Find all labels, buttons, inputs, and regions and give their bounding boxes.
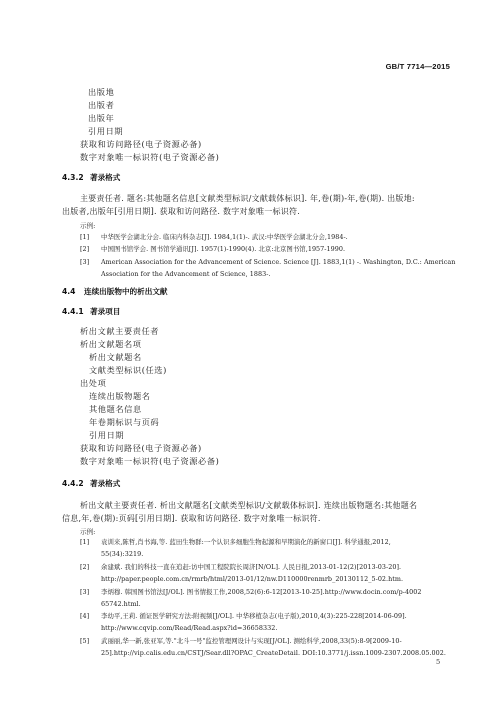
reference-entry: [2]余建斌. 我们的科技一直在追赶:访中国工程院院长周济[N/OL]. 人民日…	[80, 561, 401, 573]
section-number: 4.3.2	[62, 173, 90, 182]
reference-text: 武丽丽,华一新,张亚军,等."北斗一号"监控管理网设计与实现[J/OL]. 测绘…	[101, 637, 402, 645]
list-item: 引用日期	[89, 429, 124, 442]
list-item: 出版者	[88, 99, 114, 112]
list-item: 文献类型标识(任选)	[89, 364, 167, 377]
section-heading-4-4-1: 4.4.1著录项目	[62, 306, 120, 317]
reference-text-continued: 55(34):3219.	[101, 548, 143, 560]
reference-index: [5]	[80, 635, 101, 647]
reference-entry: [2]中国图书馆学会. 图书馆学通讯[J]. 1957(1)-1990(4). …	[80, 243, 345, 255]
section-number: 4.4.2	[62, 479, 90, 488]
list-item: 析出文献主要责任者	[80, 325, 159, 338]
list-item: 数字对象唯一标识符(电子资源必备)	[80, 455, 219, 468]
standard-code: GB/T 7714—2015	[386, 62, 450, 71]
reference-entry: [1]袁训来,陈哲,肖书海,等. 蓝田生物群:一个认识多细胞生物起源和早期演化的…	[80, 536, 391, 548]
list-item: 引用日期	[88, 125, 123, 138]
section-number: 4.4.1	[62, 307, 90, 316]
format-paragraph-line: 信息,年,卷(期):页码[引用日期]. 获取和访问路径. 数字对象唯一标识符.	[62, 512, 321, 525]
reference-entry: [3]American Association for the Advancem…	[80, 256, 455, 268]
format-paragraph-line: 主要责任者. 题名:其他题名信息[文献类型标识/文献载体标识]. 年,卷(期)-…	[80, 192, 415, 205]
section-title: 著录格式	[90, 173, 120, 182]
reference-text: 李幼平,王莉. 循证医学研究方法:附视频[J/OL]. 中华移植杂志(电子版),…	[101, 612, 407, 620]
reference-text: 中国图书馆学会. 图书馆学通讯[J]. 1957(1)-1990(4). 北京:…	[101, 245, 345, 253]
reference-text: 李炳穆. 韩国图书馆法[J/OL]. 图书情报工作,2008,52(6):6-1…	[101, 588, 421, 596]
reference-index: [1]	[80, 231, 101, 243]
list-item: 出处项	[80, 377, 106, 390]
list-item: 获取和访问路径(电子资源必备)	[80, 138, 202, 151]
reference-index: [2]	[80, 561, 101, 573]
reference-text-continued: 25].http://vip.calis.edu.cn/CSTJ/Sear.dl…	[101, 647, 446, 659]
format-paragraph-line: 析出文献主要责任者. 析出文献题名[文献类型标识/文献载体标识]. 连续出版物题…	[80, 499, 417, 512]
section-heading-4-3-2: 4.3.2著录格式	[62, 172, 120, 183]
list-item: 连续出版物题名	[89, 390, 151, 403]
section-title: 著录格式	[90, 479, 120, 488]
reference-text: 余建斌. 我们的科技一直在追赶:访中国工程院院长周济[N/OL]. 人民日报,2…	[101, 563, 401, 571]
reference-text-continued: http://www.cqvip.com/Read/Read.aspx?id=3…	[101, 622, 277, 634]
reference-index: [2]	[80, 243, 101, 255]
reference-text: 中华医学会湖北分会. 临床内科杂志[J]. 1984,1(1)-. 武汉:中华医…	[101, 233, 348, 241]
example-label: 示例:	[80, 526, 95, 536]
reference-index: [1]	[80, 536, 101, 548]
section-title: 著录项目	[90, 307, 120, 316]
reference-index: [3]	[80, 586, 101, 598]
list-item: 析出文献题名项	[80, 338, 142, 351]
reference-entry: [3]李炳穆. 韩国图书馆法[J/OL]. 图书情报工作,2008,52(6):…	[80, 586, 421, 598]
reference-text: American Association for the Advancement…	[101, 258, 455, 266]
reference-entry: [4]李幼平,王莉. 循证医学研究方法:附视频[J/OL]. 中华移植杂志(电子…	[80, 610, 407, 622]
example-label: 示例:	[80, 220, 95, 230]
reference-text-continued: http://paper.people.com.cn/rmrb/html/201…	[101, 573, 403, 585]
section-title: 连续出版物中的析出文献	[84, 287, 168, 296]
reference-index: [3]	[80, 256, 101, 268]
list-item: 出版年	[88, 112, 114, 125]
list-item: 年卷期标识与页码	[89, 416, 159, 429]
section-number: 4.4	[62, 287, 84, 296]
reference-text-continued: Association for the Advancement of Scien…	[101, 268, 271, 280]
reference-entry: [1]中华医学会湖北分会. 临床内科杂志[J]. 1984,1(1)-. 武汉:…	[80, 231, 348, 243]
section-heading-4-4: 4.4连续出版物中的析出文献	[62, 286, 168, 297]
list-item: 数字对象唯一标识符(电子资源必备)	[80, 151, 219, 164]
reference-index: [4]	[80, 610, 101, 622]
reference-text-continued: 65742.html.	[101, 598, 141, 610]
page-number: 5	[436, 658, 440, 666]
reference-text: 袁训来,陈哲,肖书海,等. 蓝田生物群:一个认识多细胞生物起源和早期演化的新窗口…	[101, 538, 391, 546]
format-paragraph-line: 出版者,出版年[引用日期]. 获取和访问路径. 数字对象唯一标识符.	[62, 205, 300, 218]
reference-entry: [5]武丽丽,华一新,张亚军,等."北斗一号"监控管理网设计与实现[J/OL].…	[80, 635, 402, 647]
list-item: 出版地	[88, 86, 114, 99]
list-item: 其他题名信息	[89, 403, 142, 416]
list-item: 获取和访问路径(电子资源必备)	[80, 442, 202, 455]
section-heading-4-4-2: 4.4.2著录格式	[62, 478, 120, 489]
list-item: 析出文献题名	[89, 351, 142, 364]
